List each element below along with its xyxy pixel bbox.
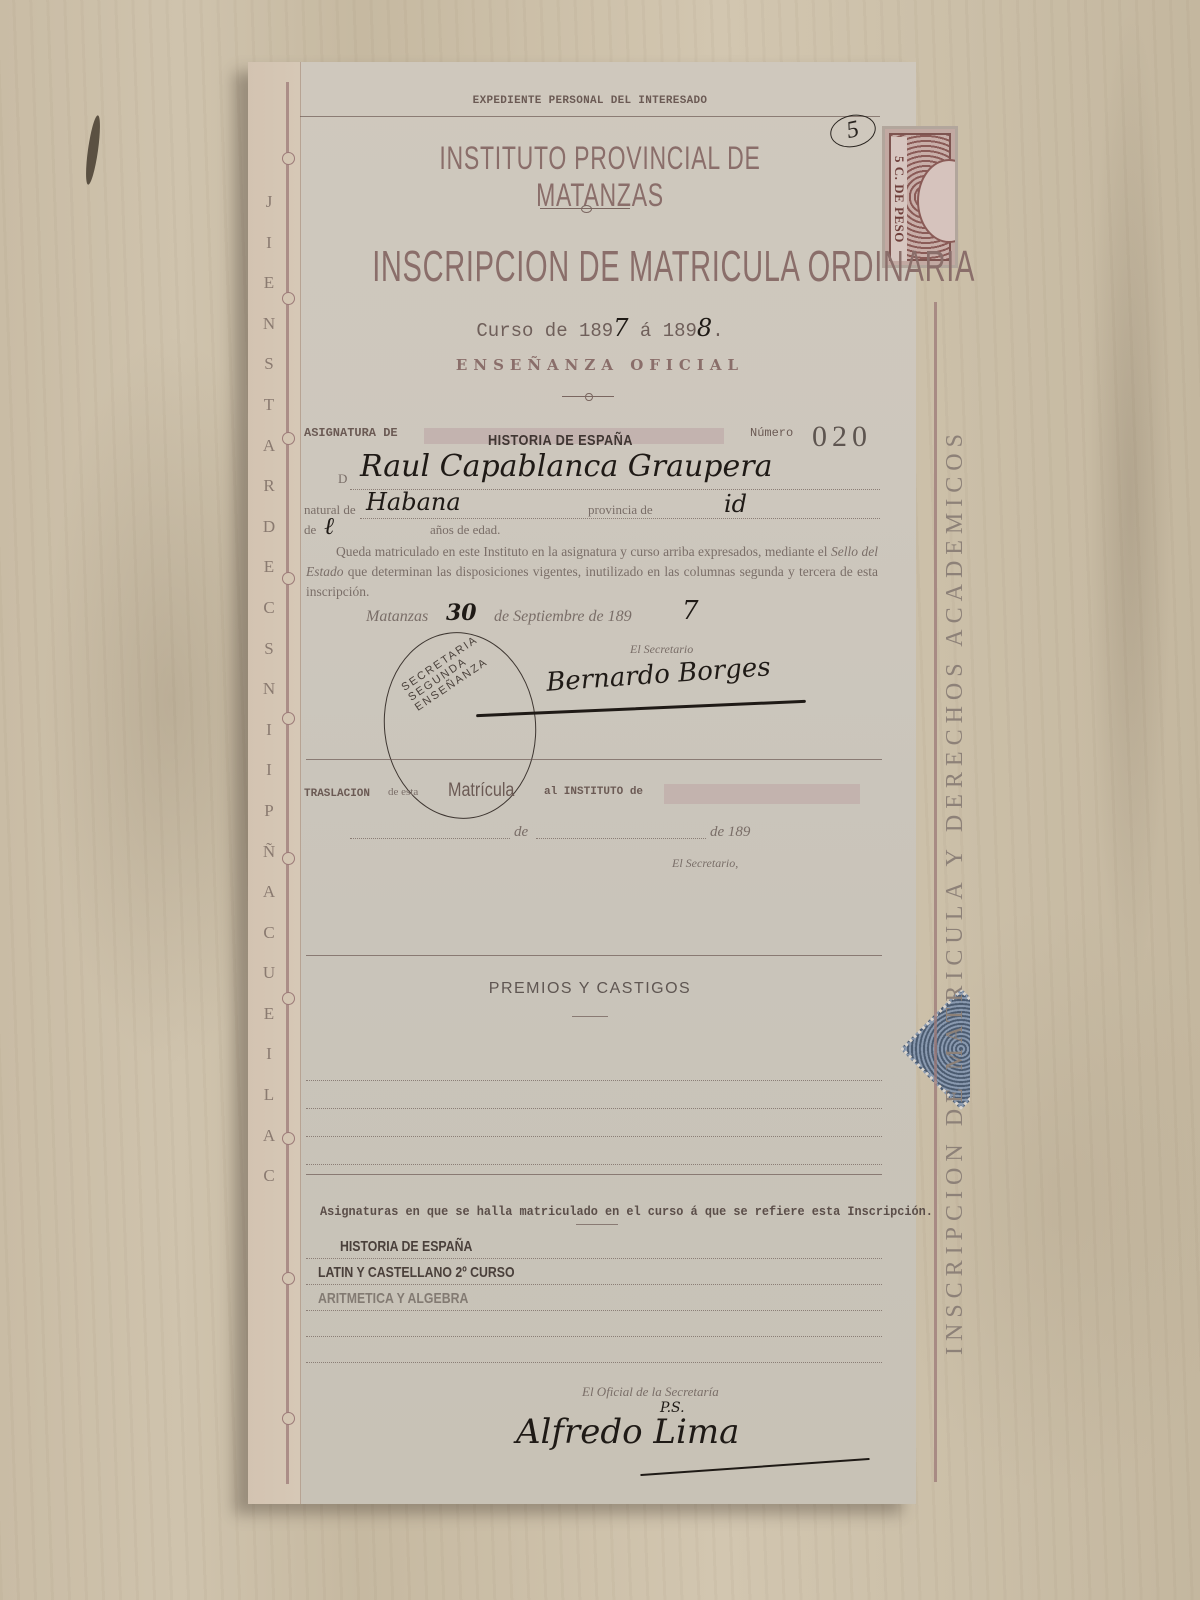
stub-letter: T <box>264 385 274 426</box>
stub-letter: D <box>263 507 275 548</box>
ornament-knot-icon <box>282 712 295 725</box>
course-years: Curso de 1897 á 1898. <box>300 314 900 342</box>
stub-letter: C <box>263 1156 274 1197</box>
officer-signature-underline <box>640 1458 870 1476</box>
file-header: EXPEDIENTE PERSONAL DEL INTERESADO <box>300 95 880 107</box>
document-title: INSCRIPCION DE MATRICULA ORDINARIA <box>372 242 808 292</box>
ornament-knot-icon <box>282 1412 295 1425</box>
stub-letter: Ñ <box>263 832 275 873</box>
enrollment-document: J I E N S T A R D E C S N I I P Ñ A C U … <box>248 62 916 1504</box>
header-divider <box>300 116 880 117</box>
ornament-knot-icon <box>282 1272 295 1285</box>
stub-letter: E <box>264 994 274 1035</box>
stub-letter: A <box>263 1116 275 1157</box>
perforated-stub: J I E N S T A R D E C S N I I P Ñ A C U … <box>248 62 301 1504</box>
transfer-institute-label: al INSTITUTO de <box>544 786 643 798</box>
course-year-start: 7 <box>613 314 628 342</box>
awards-line <box>306 1164 882 1165</box>
stub-letter: P <box>264 791 273 832</box>
stub-vertical-letters: J I E N S T A R D E C S N I I P Ñ A C U … <box>258 182 280 1197</box>
student-name: Raul Capablanca Graupera <box>360 449 772 484</box>
ornament-knot-icon <box>282 1132 295 1145</box>
wood-knot <box>83 115 103 186</box>
stub-letter: I <box>266 710 272 751</box>
stub-letter: I <box>266 223 272 264</box>
transfer-year-label: de 189 <box>710 824 750 841</box>
transfer-secretary-label: El Secretario, <box>672 856 738 871</box>
day-value: 30 <box>446 600 477 626</box>
subject-item: HISTORIA DE ESPAÑA <box>340 1238 472 1255</box>
number-label: Número <box>750 426 793 440</box>
section-divider <box>306 955 882 956</box>
subject-value: HISTORIA DE ESPAÑA <box>488 432 633 449</box>
province-label: provincia de <box>588 502 653 518</box>
subjects-line <box>306 1310 882 1311</box>
course-label-prefix: Curso de 189 <box>476 320 613 342</box>
seal-text: SECRETARIA SEGUNDA ENSEÑANZA <box>399 611 527 714</box>
awards-line <box>306 1108 882 1109</box>
stub-letter: L <box>264 1075 274 1116</box>
subject-item: LATIN Y CASTELLANO 2º CURSO <box>318 1264 515 1281</box>
statement-text-2: que determinan las disposiciones vigente… <box>306 564 878 599</box>
transfer-day-line <box>350 838 510 839</box>
ornament-knot-icon <box>282 992 295 1005</box>
province-value: id <box>724 490 747 518</box>
transfer-institute-field <box>664 784 860 804</box>
subjects-heading: Asignaturas en que se halla matriculado … <box>320 1205 852 1219</box>
enrollment-statement: Queda matriculado en este Instituto en l… <box>306 542 878 602</box>
awards-underline <box>572 1016 608 1017</box>
stub-letter: C <box>263 588 274 629</box>
subjects-line <box>306 1336 882 1337</box>
course-year-end: 8 <box>697 314 712 342</box>
stub-letter: A <box>263 872 275 913</box>
flourish-ornament-icon <box>540 208 630 209</box>
secretary-label: El Secretario <box>630 642 693 657</box>
statement-text-1: Queda matriculado en este Instituto en l… <box>336 544 831 559</box>
officer-signature: Alfredo Lima <box>516 1412 739 1452</box>
ornament-knot-icon <box>282 852 295 865</box>
section-divider <box>306 1174 882 1175</box>
stub-letter: I <box>266 750 272 791</box>
ornament-knot-icon <box>282 572 295 585</box>
subjects-line <box>306 1362 882 1363</box>
stub-letter: R <box>263 466 274 507</box>
subjects-underline <box>576 1224 618 1225</box>
flourish-ornament-icon <box>562 396 614 397</box>
transfer-matricula-label: Matrícula <box>448 780 514 802</box>
enrollment-number: 020 <box>812 420 872 454</box>
birthplace-value: Habana <box>366 488 461 516</box>
stub-letter: E <box>264 263 274 304</box>
stub-letter: E <box>264 547 274 588</box>
course-label-mid: á 189 <box>640 320 697 342</box>
transfer-de-label: de <box>514 824 528 841</box>
secretary-signature: Bernardo Borges <box>545 652 771 698</box>
transfer-month-line <box>536 838 706 839</box>
right-margin-text: INSCRIPCION DE MATRICULA Y DERECHOS ACAD… <box>942 322 968 1462</box>
right-ornamental-rule <box>934 302 937 1482</box>
stub-letter: S <box>264 629 273 670</box>
transfer-label: TRASLACION <box>304 788 370 800</box>
origin-line <box>360 518 880 519</box>
ornament-knot-icon <box>282 152 295 165</box>
stub-letter: N <box>263 669 275 710</box>
stub-letter: S <box>264 344 273 385</box>
year-value: 7 <box>682 596 699 626</box>
stub-letter: C <box>263 913 274 954</box>
section-divider <box>306 759 882 760</box>
ornament-knot-icon <box>282 292 295 305</box>
don-label: D <box>338 471 347 487</box>
stub-letter: I <box>266 1034 272 1075</box>
teaching-type: ENSEÑANZA OFICIAL <box>300 356 900 374</box>
awards-heading: PREMIOS Y CASTIGOS <box>300 980 880 998</box>
place-label: Matanzas <box>366 608 428 626</box>
officer-label: El Oficial de la Secretaría <box>582 1384 719 1400</box>
age-suffix: años de edad. <box>430 522 500 538</box>
stub-letter: N <box>263 304 275 345</box>
stub-letter: U <box>263 953 275 994</box>
right-margin-text-label: INSCRIPCION DE MATRICULA Y DERECHOS ACAD… <box>942 322 968 1462</box>
age-prefix: de <box>304 522 316 538</box>
awards-line <box>306 1136 882 1137</box>
stub-letter: J <box>266 182 273 223</box>
subject-item: ARITMETICA Y ALGEBRA <box>318 1290 468 1307</box>
transfer-label-2: de esta <box>388 786 418 798</box>
document-body: EXPEDIENTE PERSONAL DEL INTERESADO 5 5 C… <box>300 62 916 1504</box>
age-value: ℓ <box>324 512 334 541</box>
subjects-line <box>306 1284 882 1285</box>
awards-line <box>306 1080 882 1081</box>
ornament-knot-icon <box>282 432 295 445</box>
subject-label: ASIGNATURA DE <box>304 426 398 440</box>
subjects-line <box>306 1258 882 1259</box>
institute-name: INSTITUTO PROVINCIAL DE MATANZAS <box>398 140 801 214</box>
stub-letter: A <box>263 426 275 467</box>
